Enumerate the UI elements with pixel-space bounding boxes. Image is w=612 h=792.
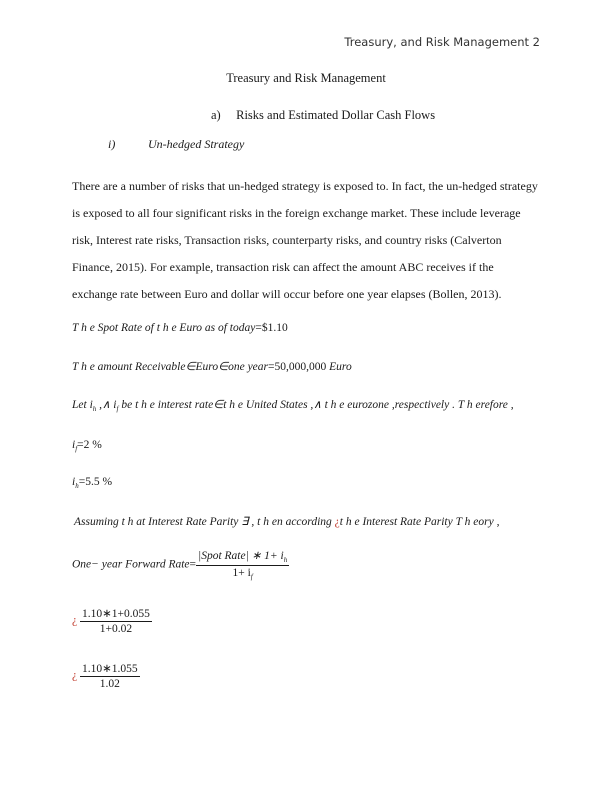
equation-value: 1.10: [268, 322, 288, 334]
running-header: Treasury, and Risk Management 2: [344, 35, 540, 49]
equation-text: T h e amount Receivable∈Euro∈one year: [72, 361, 268, 373]
fraction-numerator: 1.10∗1.055: [80, 661, 140, 677]
equation-i-f: if=2 %: [72, 439, 102, 453]
equation-assuming: Assuming t h at Interest Rate Parity ∃ ,…: [74, 514, 499, 528]
fraction-denominator: 1+0.02: [80, 622, 152, 635]
equation-step-2: ¿ 1.10∗1.0551.02: [72, 661, 140, 690]
paragraph-line: exchange rate between Euro and dollar wi…: [72, 281, 542, 308]
subsection-number: i): [108, 137, 145, 152]
equation-unit: Euro: [329, 361, 352, 373]
fraction-denominator: 1.02: [80, 677, 140, 690]
fraction: 1.10∗1+0.0551+0.02: [80, 606, 152, 635]
fraction: 1.10∗1.0551.02: [80, 661, 140, 690]
paragraph-line: Finance, 2015). For example, transaction…: [72, 254, 542, 281]
body-paragraph: There are a number of risks that un-hedg…: [72, 173, 542, 308]
equation-text: T h e Spot Rate of t h e Euro as of toda…: [72, 322, 255, 334]
equation-text: t h e Interest Rate Parity T h eory ,: [340, 516, 500, 528]
equation-text: Assuming t h at Interest Rate Parity ∃ ,…: [74, 516, 335, 528]
subsection-label: Un-hedged Strategy: [148, 137, 244, 151]
document-title: Treasury and Risk Management: [0, 71, 612, 86]
equation-value: 5.5 %: [85, 476, 112, 488]
equation-let-statement: Let ih ,∧ if be t h e interest rate∈t h …: [72, 397, 514, 413]
subscript: h: [284, 556, 288, 564]
fraction-denominator: 1+ if: [196, 566, 289, 581]
equation-receivable: T h e amount Receivable∈Euro∈one year=50…: [72, 359, 352, 373]
equation-value: 2 %: [84, 439, 102, 451]
error-glyph: ¿: [72, 615, 77, 627]
equation-text: Let i: [72, 399, 93, 411]
section-number: a): [211, 108, 233, 123]
denominator-text: 1+ i: [232, 567, 250, 579]
equation-step-1: ¿ 1.10∗1+0.0551+0.02: [72, 606, 152, 635]
section-heading: a) Risks and Estimated Dollar Cash Flows: [211, 108, 435, 123]
numerator-text: |Spot Rate| ∗ 1+ i: [198, 550, 284, 562]
fraction-numerator: |Spot Rate| ∗ 1+ ih: [196, 548, 289, 566]
equation-value: 50,000,000: [275, 361, 327, 373]
section-label: Risks and Estimated Dollar Cash Flows: [236, 108, 435, 122]
equation-spot-rate: T h e Spot Rate of t h e Euro as of toda…: [72, 322, 288, 334]
fraction: |Spot Rate| ∗ 1+ ih1+ if: [196, 548, 289, 581]
subsection-heading: i) Un-hedged Strategy: [108, 137, 244, 152]
equation-i-h: ih=5.5 %: [72, 476, 112, 490]
paragraph-line: There are a number of risks that un-hedg…: [72, 173, 542, 200]
paragraph-line: is exposed to all four significant risks…: [72, 200, 542, 227]
paragraph-line: risk, Interest rate risks, Transaction r…: [72, 227, 542, 254]
error-glyph: ¿: [72, 670, 77, 682]
subscript: f: [251, 573, 253, 581]
equation-text: ,∧ i: [96, 399, 116, 411]
equation-forward-rate: One− year Forward Rate=|Spot Rate| ∗ 1+ …: [72, 548, 289, 581]
equation-text: be t h e interest rate∈t h e United Stat…: [118, 399, 513, 411]
document-page: Treasury, and Risk Management 2 Treasury…: [0, 0, 612, 792]
equation-lhs: One− year Forward Rate: [72, 559, 190, 571]
equals-sign: =$: [255, 322, 267, 334]
fraction-numerator: 1.10∗1+0.055: [80, 606, 152, 622]
